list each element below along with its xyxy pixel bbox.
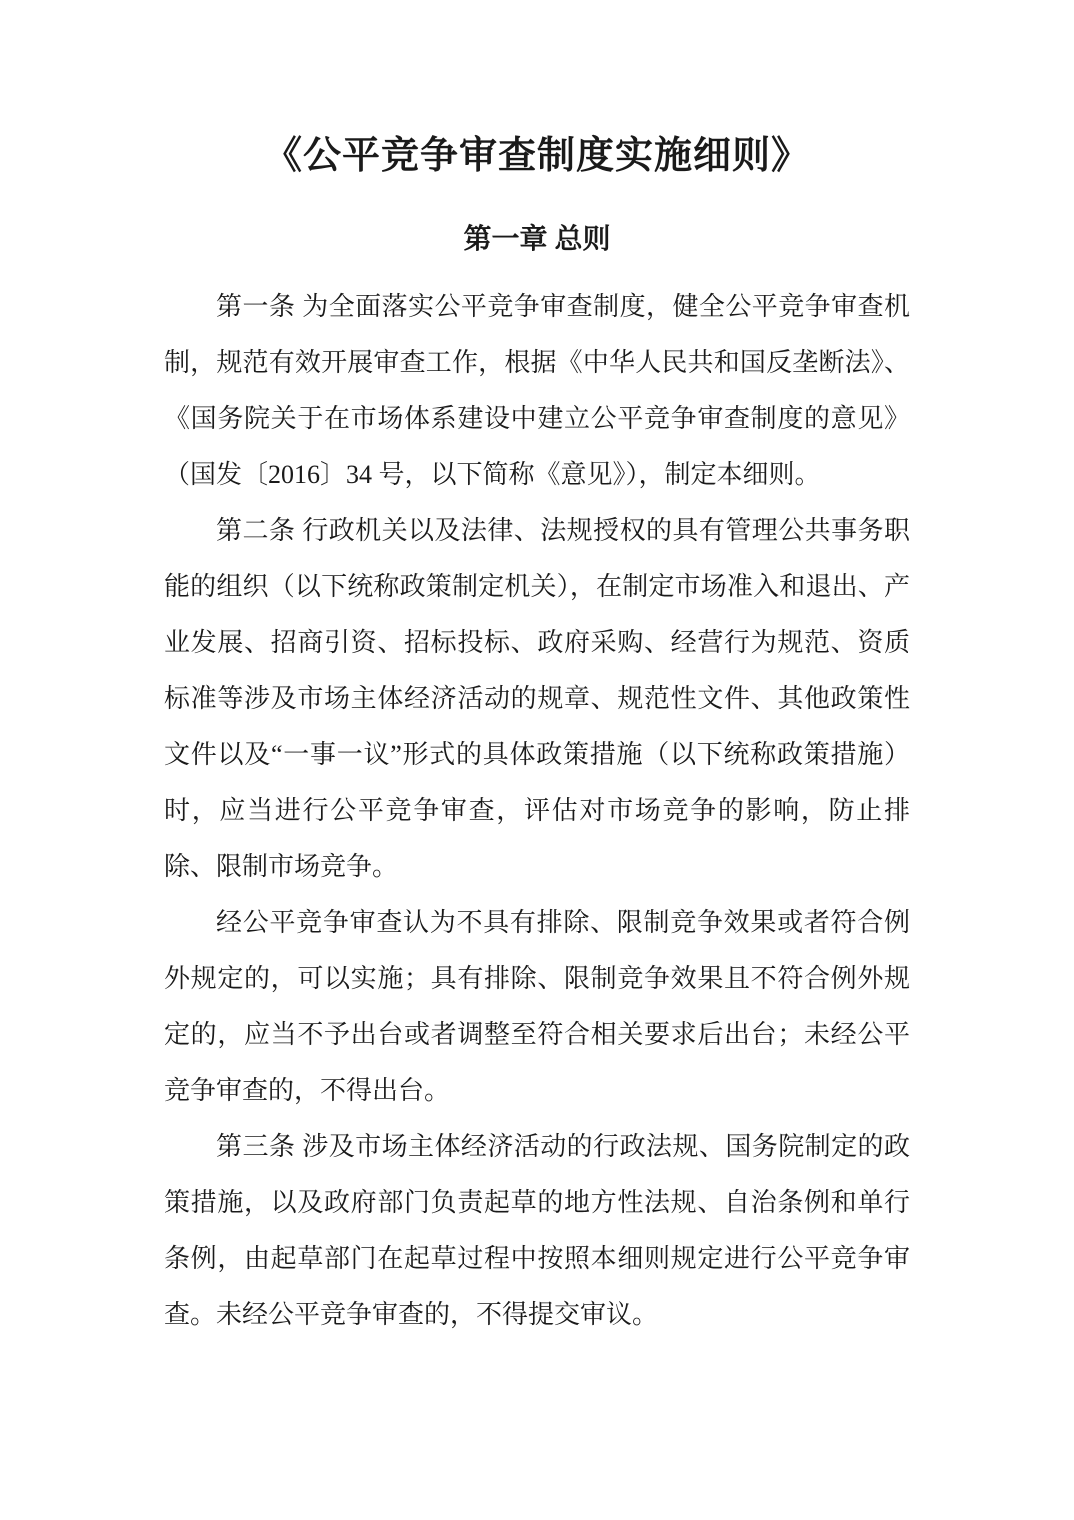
document-body: 第一条 为全面落实公平竞争审查制度，健全公平竞争审查机制，规范有效开展审查工作，…	[164, 279, 910, 1343]
document-page: 《公平竞争审查制度实施细则》 第一章 总则 第一条 为全面落实公平竞争审查制度，…	[0, 0, 1074, 1520]
document-title: 《公平竞争审查制度实施细则》	[0, 133, 1074, 179]
paragraph-article-2: 第二条 行政机关以及法律、法规授权的具有管理公共事务职能的组织（以下统称政策制定…	[164, 503, 910, 895]
chapter-heading: 第一章 总则	[0, 223, 1074, 257]
paragraph-article-2-result-clause: 经公平竞争审查认为不具有排除、限制竞争效果或者符合例外规定的，可以实施；具有排除…	[164, 895, 910, 1119]
paragraph-article-3: 第三条 涉及市场主体经济活动的行政法规、国务院制定的政策措施，以及政府部门负责起…	[164, 1119, 910, 1343]
paragraph-article-1: 第一条 为全面落实公平竞争审查制度，健全公平竞争审查机制，规范有效开展审查工作，…	[164, 279, 910, 503]
